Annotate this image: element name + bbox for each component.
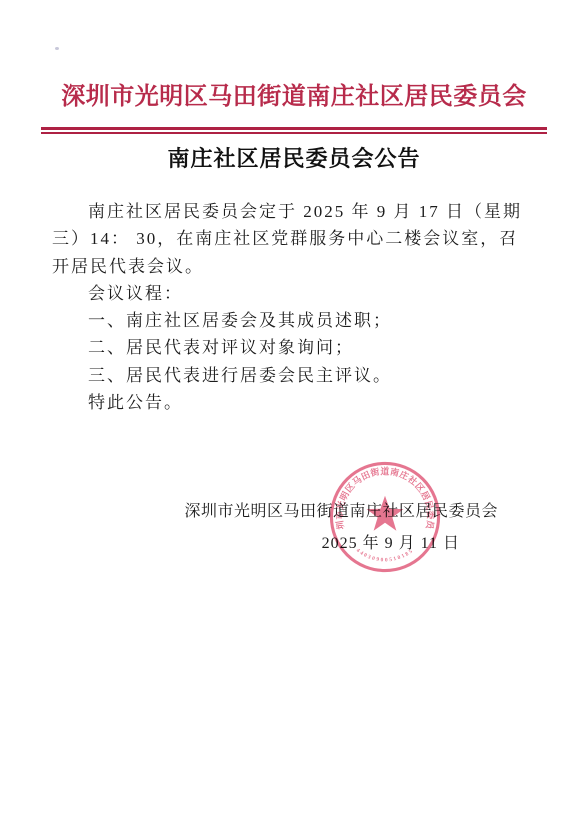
body-paragraph-line-3: 开居民代表会议。 — [52, 253, 507, 280]
header-divider — [41, 127, 547, 134]
divider-thick-rule — [41, 127, 547, 130]
scan-artifact — [55, 47, 59, 50]
closing-line: 特此公告。 — [52, 389, 507, 416]
agenda-item-3: 三、居民代表进行居委会民主评议。 — [52, 362, 507, 389]
committee-header-title: 深圳市光明区马田街道南庄社区居民委员会 — [0, 82, 588, 112]
announcement-body: 南庄社区居民委员会定于 2025 年 9 月 17 日（星期 三）14： 30，… — [52, 198, 507, 416]
signature-date: 2025 年 9 月 11 日 — [0, 532, 588, 556]
agenda-item-2: 二、居民代表对评议对象询问； — [52, 334, 507, 361]
announcement-title: 南庄社区居民委员会公告 — [0, 144, 588, 173]
agenda-label: 会议议程： — [52, 280, 507, 307]
signature-block: 深圳市光明区马田街道南庄社区居民委员会 2025 年 9 月 11 日 — [0, 500, 588, 556]
announcement-page: 深圳市光明区马田街道南庄社区居民委员会 南庄社区居民委员会公告 南庄社区居民委员… — [0, 0, 588, 830]
body-paragraph-line-1: 南庄社区居民委员会定于 2025 年 9 月 17 日（星期 — [52, 198, 507, 225]
signature-committee-name: 深圳市光明区马田街道南庄社区居民委员会 — [0, 500, 588, 524]
body-paragraph-line-2: 三）14： 30，在南庄社区党群服务中心二楼会议室，召 — [52, 225, 507, 252]
divider-thin-rule — [41, 132, 547, 134]
agenda-item-1: 一、南庄社区居委会及其成员述职； — [52, 307, 507, 334]
